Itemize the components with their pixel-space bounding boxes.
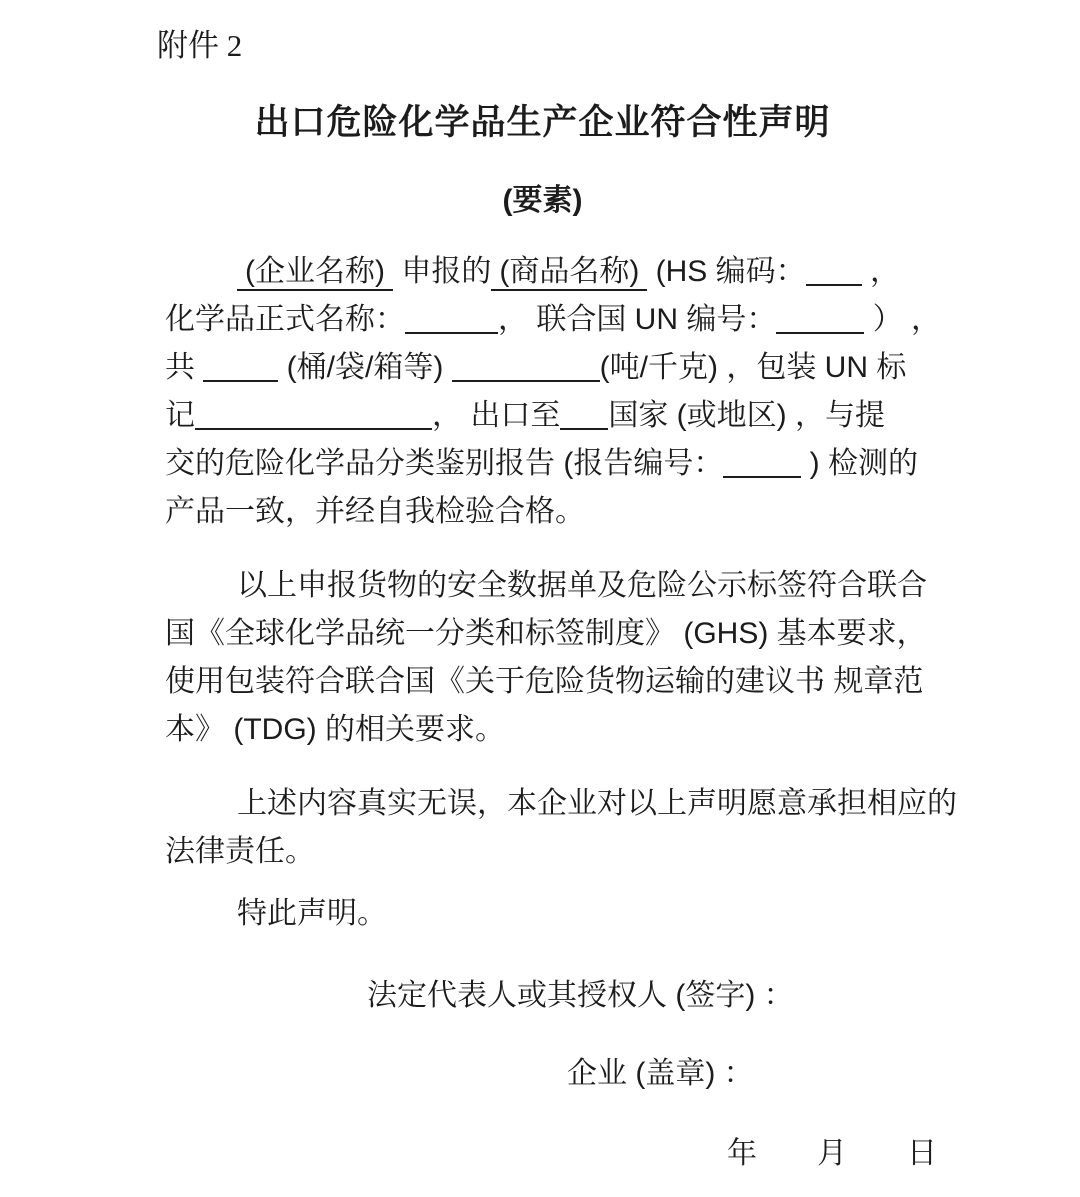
text-run: (吨/千克) ，包装 UN 标 [600, 351, 907, 384]
text-run: ） ， [864, 303, 941, 336]
paragraph-legal-responsibility: 上述内容真实无误，本企业对以上声明愿意承担相应的法律责任。 [165, 780, 920, 876]
document-body: (企业名称) 申报的(商品名称) (HS 编码： ，化学品正式名称：， 联合国 … [165, 248, 920, 938]
text-run: 化学品正式名称： [165, 303, 405, 336]
text-line: 特此声明。 [165, 890, 920, 938]
text-line: 化学品正式名称：， 联合国 UN 编号： ） ， [165, 296, 920, 344]
text-run: 共 [165, 351, 203, 384]
text-run: ， [862, 255, 900, 288]
text-line: 产品一致，并经自我检验合格。 [165, 488, 920, 536]
document-subtitle: (要素) [165, 180, 920, 222]
text-run: (桶/袋/箱等) [278, 351, 451, 384]
text-run: 本》 (TDG) 的相关要求。 [165, 713, 505, 746]
text-line: (企业名称) 申报的(商品名称) (HS 编码： ， [165, 248, 920, 296]
paragraph-ghs-tdg-statement: 以上申报货物的安全数据单及危险公示标签符合联合国《全球化学品统一分类和标签制度》… [165, 562, 920, 754]
text-run: 产品一致，并经自我检验合格。 [165, 495, 585, 528]
blank-field [806, 254, 862, 286]
text-line: 国《全球化学品统一分类和标签制度》 (GHS) 基本要求， [165, 610, 920, 658]
underlined-fill-in-label: (商品名称) [491, 255, 647, 291]
paragraph-hereby-declare: 特此声明。 [165, 890, 920, 938]
text-run: 国《全球化学品统一分类和标签制度》 (GHS) 基本要求， [165, 617, 927, 650]
blank-field [203, 350, 278, 382]
underlined-fill-in-label: (企业名称) [237, 255, 393, 291]
text-run: 申报的 [393, 255, 491, 288]
blank-field [723, 446, 801, 478]
text-run: 交的危险化学品分类鉴别报告 (报告编号： [165, 447, 723, 480]
text-line: 本》 (TDG) 的相关要求。 [165, 706, 920, 754]
blank-field [776, 302, 864, 334]
text-line: 法律责任。 [165, 828, 920, 876]
paragraph-fill-in-declaration: (企业名称) 申报的(商品名称) (HS 编码： ，化学品正式名称：， 联合国 … [165, 248, 920, 536]
text-run: 国家 (或地区) ，与提 [608, 399, 885, 432]
text-run: ) 检测的 [801, 447, 918, 480]
first-line-indent [165, 594, 237, 595]
company-seal-line: 企业 (盖章) ： [165, 1050, 920, 1098]
text-run: 特此声明。 [237, 897, 387, 930]
text-run: 以上申报货物的安全数据单及危险公示标签符合联合 [237, 569, 927, 602]
text-run: 使用包装符合联合国《关于危险货物运输的建议书 规章范 [165, 665, 923, 698]
signatory-line: 法定代表人或其授权人 (签字) ： [165, 972, 920, 1020]
blank-field [560, 398, 608, 430]
text-run: (HS 编码： [647, 255, 805, 288]
signature-block: 法定代表人或其授权人 (签字) ：企业 (盖章) ：年 月 日 [165, 972, 920, 1178]
attachment-label: 附件 2 [157, 26, 920, 66]
text-line: 以上申报货物的安全数据单及危险公示标签符合联合 [165, 562, 920, 610]
document-title: 出口危险化学品生产企业符合性声明 [165, 100, 920, 146]
text-line: 共 (桶/袋/箱等) (吨/千克) ，包装 UN 标 [165, 344, 920, 392]
date-line: 年 月 日 [165, 1130, 920, 1178]
text-line: 使用包装符合联合国《关于危险货物运输的建议书 规章范 [165, 658, 920, 706]
text-line: 上述内容真实无误，本企业对以上声明愿意承担相应的 [165, 780, 920, 828]
text-run: 上述内容真实无误，本企业对以上声明愿意承担相应的 [237, 787, 957, 820]
first-line-indent [165, 812, 237, 813]
document-page: 附件 2 出口危险化学品生产企业符合性声明 (要素) (企业名称) 申报的(商品… [0, 0, 1080, 1197]
text-run: ， 联合国 UN 编号： [498, 303, 776, 336]
text-run: 法律责任。 [165, 835, 315, 868]
text-line: 记， 出口至国家 (或地区) ，与提 [165, 392, 920, 440]
first-line-indent [165, 280, 237, 281]
first-line-indent [165, 922, 237, 923]
blank-field [405, 302, 498, 334]
text-line: 交的危险化学品分类鉴别报告 (报告编号： ) 检测的 [165, 440, 920, 488]
text-run: ， 出口至 [432, 399, 560, 432]
blank-field [195, 398, 432, 430]
text-run: 记 [165, 399, 195, 432]
blank-field [452, 350, 600, 382]
